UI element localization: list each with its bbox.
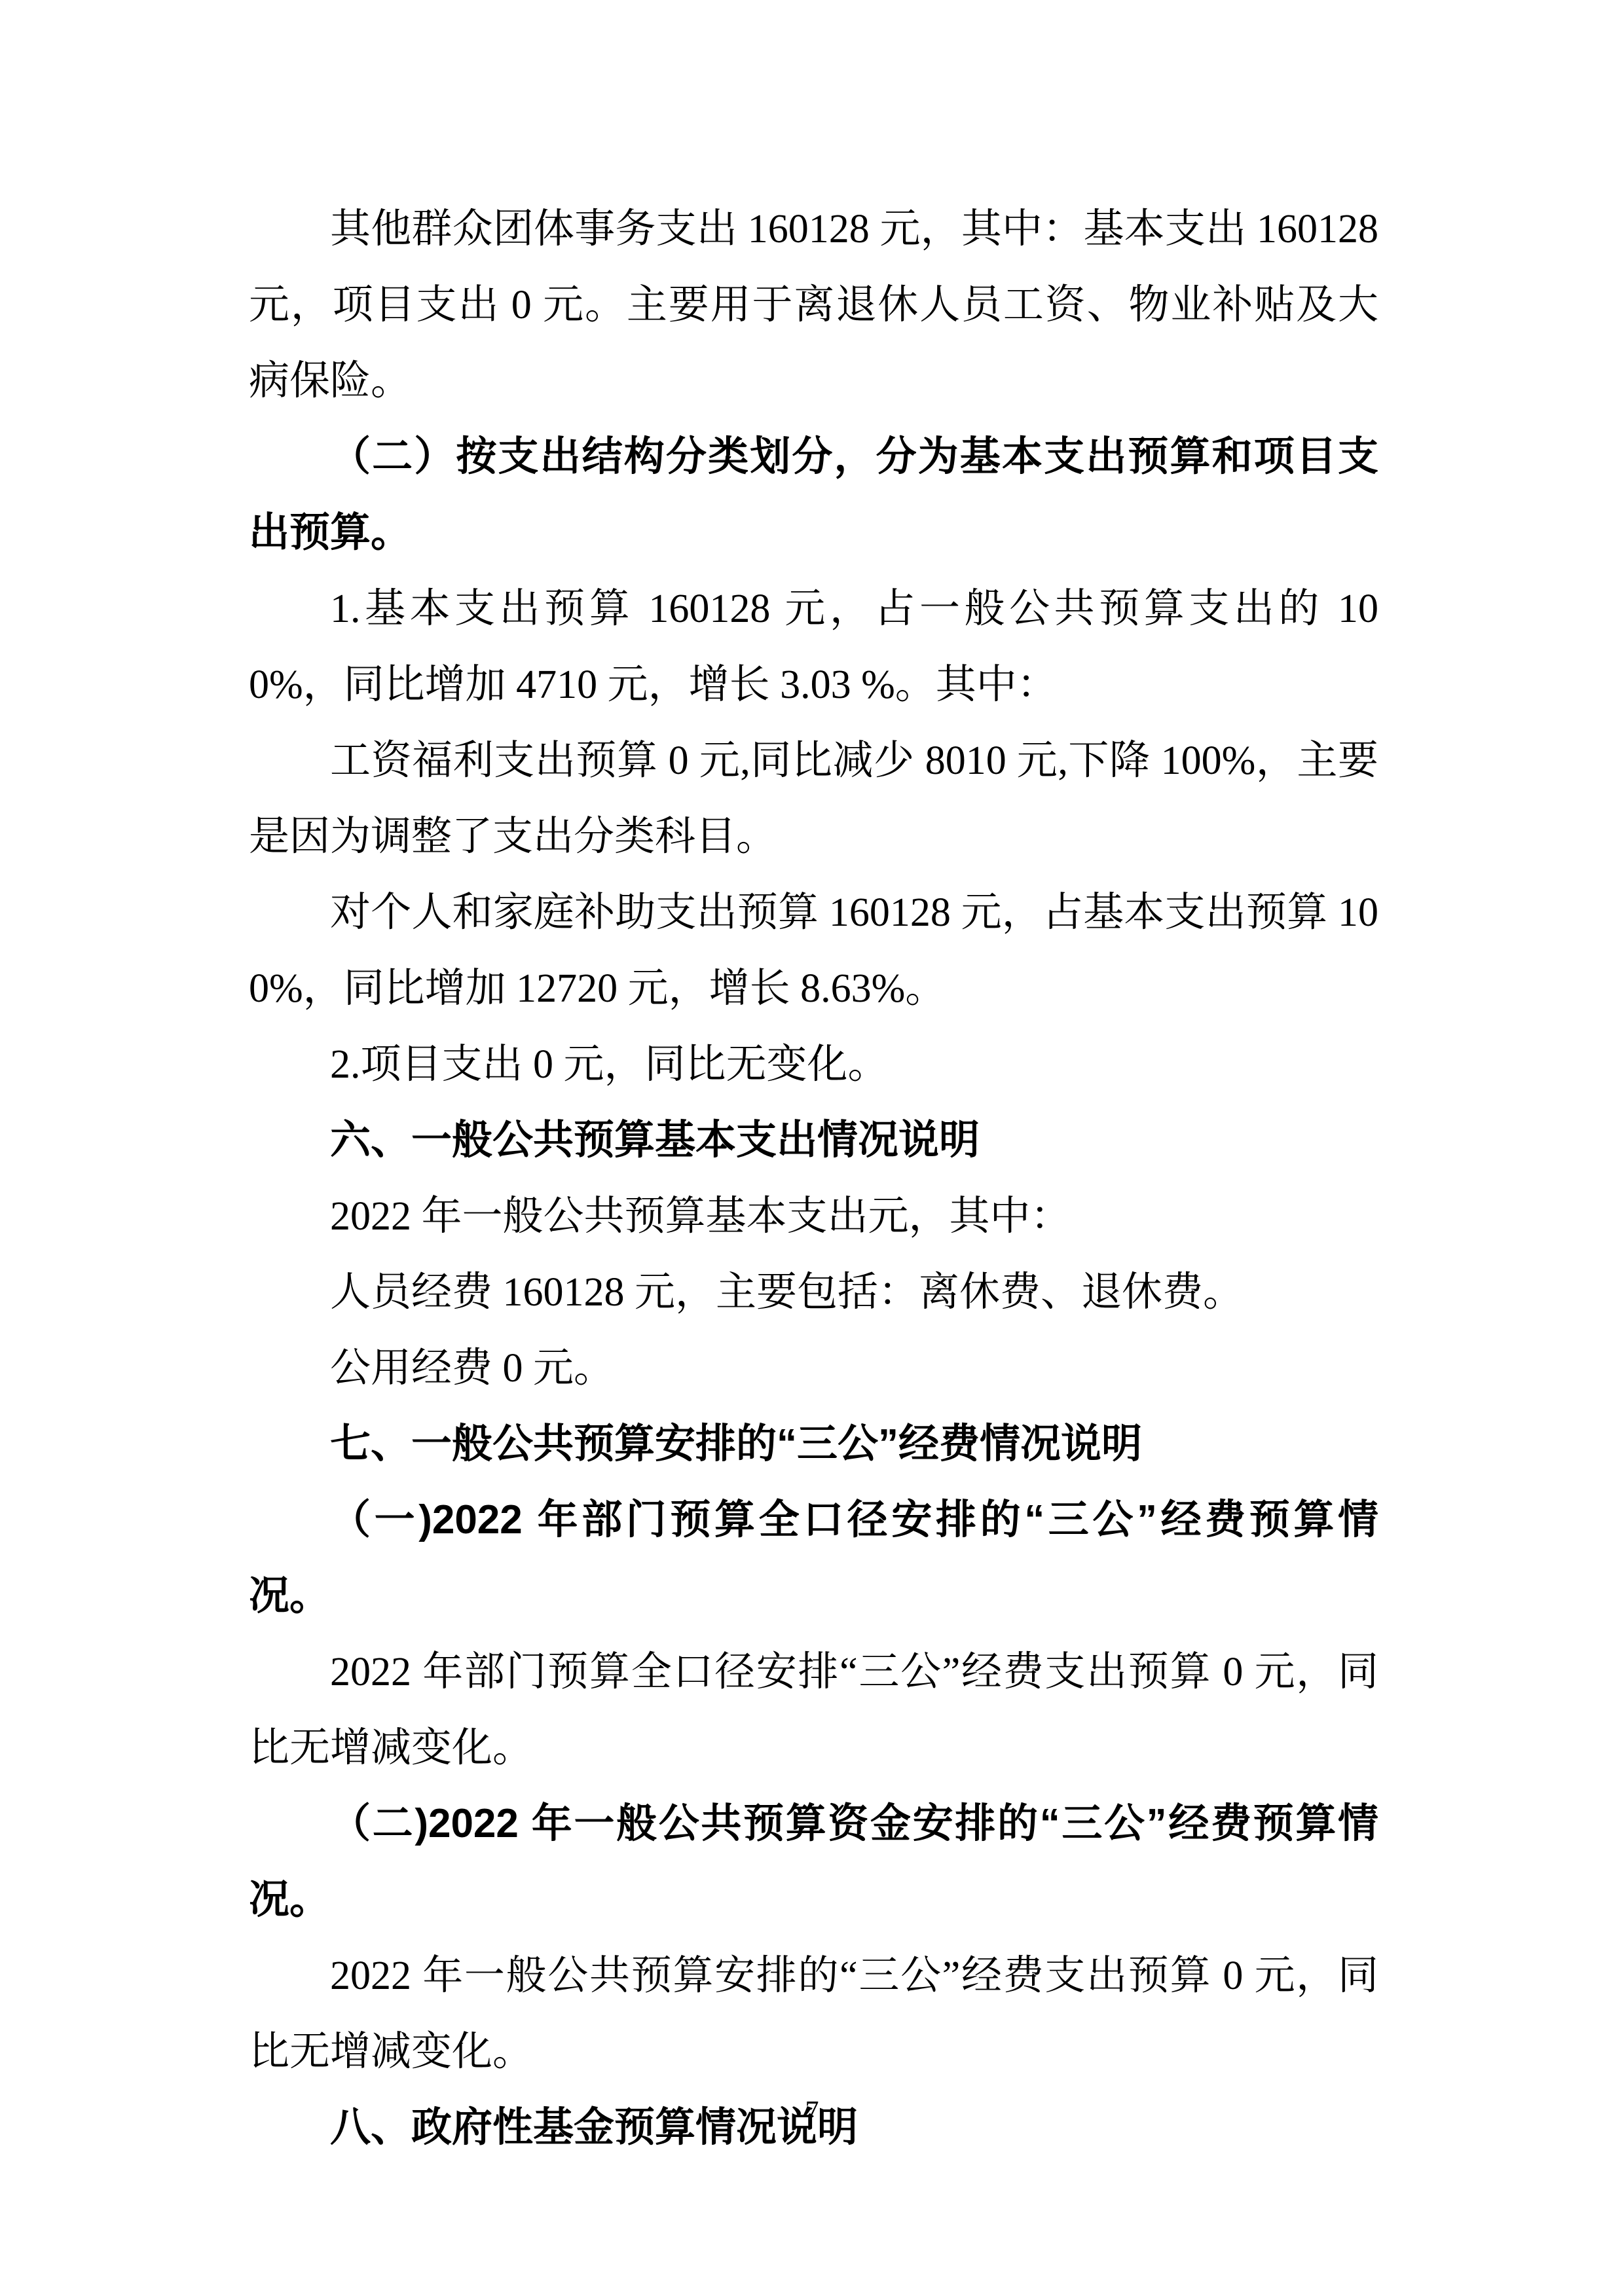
paragraph-project-expense: 2.项目支出 0 元，同比无变化。 [249,1027,1378,1102]
heading-section-7-three-public-funds: 七、一般公共预算安排的“三公”经费情况说明 [249,1406,1378,1482]
paragraph-7-1-detail: 2022 年部门预算全口径安排“三公”经费支出预算 0 元，同比无增减变化。 [249,1634,1378,1786]
paragraph-salary-welfare-expense: 工资福利支出预算 0 元,同比减少 8010 元,下降 100%，主要是因为调整… [249,723,1378,875]
paragraph-individual-family-subsidy: 对个人和家庭补助支出预算 160128 元，占基本支出预算 100%，同比增加 … [249,875,1378,1027]
document-body: 其他群众团体事务支出 160128 元，其中：基本支出 160128 元，项目支… [249,191,1378,2166]
heading-expense-structure-classification: （二）按支出结构分类划分，分为基本支出预算和项目支出预算。 [249,419,1378,571]
heading-section-7-1-full-caliber: （一)2022 年部门预算全口径安排的“三公”经费预算情况。 [249,1482,1378,1634]
footer-page-number: 7 [0,2095,1624,2128]
heading-section-7-2-general-budget-funds: （二)2022 年一般公共预算资金安排的“三公”经费预算情况。 [249,1786,1378,1938]
document-page: 其他群众团体事务支出 160128 元，其中：基本支出 160128 元，项目支… [0,0,1624,2296]
paragraph-personnel-funds: 人员经费 160128 元，主要包括：离休费、退休费。 [249,1254,1378,1330]
paragraph-other-mass-org-expense: 其他群众团体事务支出 160128 元，其中：基本支出 160128 元，项目支… [249,191,1378,419]
paragraph-public-funds: 公用经费 0 元。 [249,1330,1378,1406]
heading-section-6-basic-expense: 六、一般公共预算基本支出情况说明 [249,1102,1378,1178]
paragraph-basic-expense-budget: 1.基本支出预算 160128 元，占一般公共预算支出的 100%，同比增加 4… [249,571,1378,723]
paragraph-2022-basic-expense: 2022 年一般公共预算基本支出元，其中： [249,1178,1378,1254]
paragraph-7-2-detail: 2022 年一般公共预算安排的“三公”经费支出预算 0 元，同比无增减变化。 [249,1938,1378,2090]
